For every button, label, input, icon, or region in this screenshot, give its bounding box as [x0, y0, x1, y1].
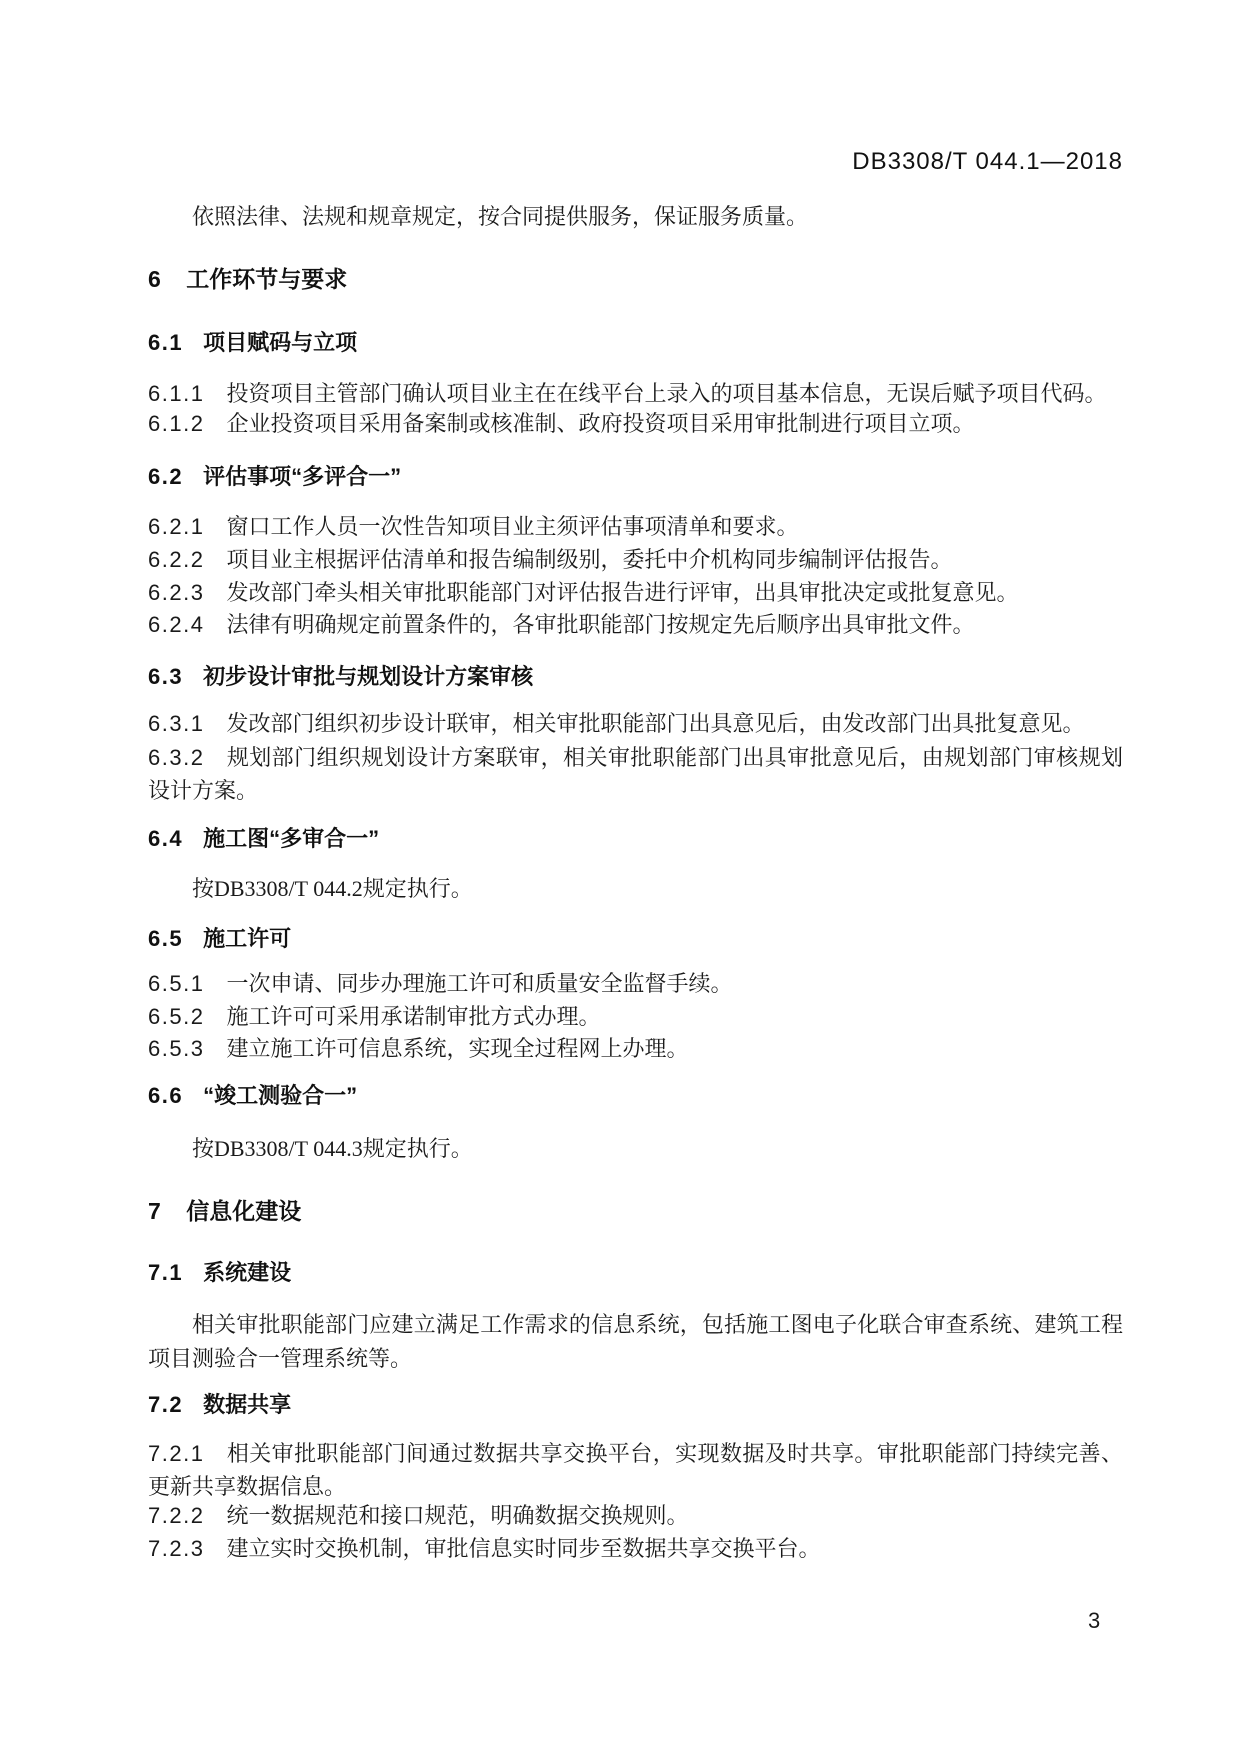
body-paragraph: 按DB3308/T 044.2规定执行。	[148, 878, 1123, 900]
clause-text: 相关审批职能部门间通过数据共享交换平台，实现数据及时共享。审批职能部门持续完善、…	[148, 1441, 1123, 1499]
clause: 6.3.2规划部门组织规划设计方案联审，相关审批职能部门出具审批意见后，由规划部…	[148, 741, 1123, 807]
clause-number: 6.3.1	[148, 711, 204, 736]
clause-text: 发改部门牵头相关审批职能部门对评估报告进行评审，出具审批决定或批复意见。	[226, 580, 1018, 605]
section-heading: 7.2数据共享	[148, 1394, 1123, 1416]
chapter-number: 6	[148, 266, 162, 292]
chapter-heading: 7信息化建设	[148, 1200, 1123, 1223]
clause-number: 6.2.4	[148, 612, 204, 637]
clause-text: 建立实时交换机制，审批信息实时同步至数据共享交换平台。	[226, 1536, 820, 1561]
section-title: 项目赋码与立项	[203, 330, 357, 355]
clause-number: 6.1.1	[148, 381, 204, 406]
section-heading: 6.2评估事项“多评合一”	[148, 466, 1123, 488]
chapter-title: 工作环节与要求	[186, 266, 347, 292]
standard-code: DB3308/T 044.1—2018	[148, 150, 1123, 174]
clause: 6.1.1投资项目主管部门确认项目业主在在线平台上录入的项目基本信息，无误后赋予…	[148, 383, 1123, 405]
clause-text: 规划部门组织规划设计方案联审，相关审批职能部门出具审批意见后，由规划部门审核规划…	[148, 745, 1123, 803]
section-title: 系统建设	[203, 1260, 291, 1285]
section-number: 6.2	[148, 464, 183, 489]
clause: 6.1.2企业投资项目采用备案制或核准制、政府投资项目采用审批制进行项目立项。	[148, 413, 1123, 435]
section-title: 初步设计审批与规划设计方案审核	[203, 664, 533, 689]
intro-paragraph: 依照法律、法规和规章规定，按合同提供服务，保证服务质量。	[148, 206, 1123, 228]
clause-text: 企业投资项目采用备案制或核准制、政府投资项目采用审批制进行项目立项。	[226, 411, 974, 436]
clause: 6.3.1发改部门组织初步设计联审，相关审批职能部门出具意见后，由发改部门出具批…	[148, 713, 1123, 735]
chapter-title: 信息化建设	[186, 1198, 301, 1224]
section-title: “竣工测验合一”	[203, 1083, 357, 1108]
clause-text: 统一数据规范和接口规范，明确数据交换规则。	[226, 1503, 688, 1528]
clause: 6.5.1一次申请、同步办理施工许可和质量安全监督手续。	[148, 973, 1123, 995]
clause-text: 一次申请、同步办理施工许可和质量安全监督手续。	[226, 971, 732, 996]
section-heading: 6.1项目赋码与立项	[148, 332, 1123, 354]
clause: 6.2.2项目业主根据评估清单和报告编制级别，委托中介机构同步编制评估报告。	[148, 549, 1123, 571]
clause-number: 6.2.3	[148, 580, 204, 605]
section-heading: 6.4施工图“多审合一”	[148, 828, 1123, 850]
clause: 6.5.2施工许可可采用承诺制审批方式办理。	[148, 1006, 1123, 1028]
clause-number: 7.2.1	[148, 1441, 204, 1466]
clause-text: 窗口工作人员一次性告知项目业主须评估事项清单和要求。	[226, 514, 798, 539]
body-paragraph: 相关审批职能部门应建立满足工作需求的信息系统，包括施工图电子化联合审查系统、建筑…	[148, 1308, 1123, 1376]
section-heading: 6.3初步设计审批与规划设计方案审核	[148, 666, 1123, 688]
clause-number: 7.2.2	[148, 1503, 204, 1528]
clause: 6.2.1窗口工作人员一次性告知项目业主须评估事项清单和要求。	[148, 516, 1123, 538]
section-number: 6.5	[148, 926, 183, 951]
body-paragraph: 按DB3308/T 044.3规定执行。	[148, 1138, 1123, 1160]
clause-number: 6.2.2	[148, 547, 204, 572]
clause-text: 施工许可可采用承诺制审批方式办理。	[226, 1004, 600, 1029]
section-number: 6.3	[148, 664, 183, 689]
section-title: 施工许可	[203, 926, 291, 951]
clause-number: 6.5.1	[148, 971, 204, 996]
clause-text: 法律有明确规定前置条件的，各审批职能部门按规定先后顺序出具审批文件。	[226, 612, 974, 637]
clause-text: 项目业主根据评估清单和报告编制级别，委托中介机构同步编制评估报告。	[226, 547, 952, 572]
chapter-heading: 6工作环节与要求	[148, 268, 1123, 291]
section-number: 6.6	[148, 1083, 183, 1108]
clause-text: 发改部门组织初步设计联审，相关审批职能部门出具意见后，由发改部门出具批复意见。	[226, 711, 1084, 736]
clause-text: 建立施工许可信息系统，实现全过程网上办理。	[226, 1036, 688, 1061]
section-title: 施工图“多审合一”	[203, 826, 379, 851]
clause-number: 6.5.2	[148, 1004, 204, 1029]
document-page: DB3308/T 044.1—2018 依照法律、法规和规章规定，按合同提供服务…	[0, 0, 1241, 1754]
section-heading: 6.5施工许可	[148, 928, 1123, 950]
section-title: 数据共享	[203, 1392, 291, 1417]
clause: 7.2.1相关审批职能部门间通过数据共享交换平台，实现数据及时共享。审批职能部门…	[148, 1437, 1123, 1503]
section-heading: 7.1系统建设	[148, 1262, 1123, 1284]
clause-number: 6.1.2	[148, 411, 204, 436]
section-number: 7.1	[148, 1260, 183, 1285]
section-heading: 6.6“竣工测验合一”	[148, 1085, 1123, 1107]
section-number: 7.2	[148, 1392, 183, 1417]
clause-number: 6.3.2	[148, 745, 204, 770]
clause-number: 6.5.3	[148, 1036, 204, 1061]
section-number: 6.1	[148, 330, 183, 355]
section-number: 6.4	[148, 826, 183, 851]
page-number: 3	[1088, 1610, 1100, 1632]
clause: 7.2.2统一数据规范和接口规范，明确数据交换规则。	[148, 1505, 1123, 1527]
clause: 6.2.3发改部门牵头相关审批职能部门对评估报告进行评审，出具审批决定或批复意见…	[148, 582, 1123, 604]
chapter-number: 7	[148, 1198, 162, 1224]
clause-text: 投资项目主管部门确认项目业主在在线平台上录入的项目基本信息，无误后赋予项目代码。	[226, 381, 1106, 406]
clause: 6.5.3建立施工许可信息系统，实现全过程网上办理。	[148, 1038, 1123, 1060]
clause: 7.2.3建立实时交换机制，审批信息实时同步至数据共享交换平台。	[148, 1538, 1123, 1560]
clause: 6.2.4法律有明确规定前置条件的，各审批职能部门按规定先后顺序出具审批文件。	[148, 614, 1123, 636]
section-title: 评估事项“多评合一”	[203, 464, 401, 489]
clause-number: 6.2.1	[148, 514, 204, 539]
clause-number: 7.2.3	[148, 1536, 204, 1561]
